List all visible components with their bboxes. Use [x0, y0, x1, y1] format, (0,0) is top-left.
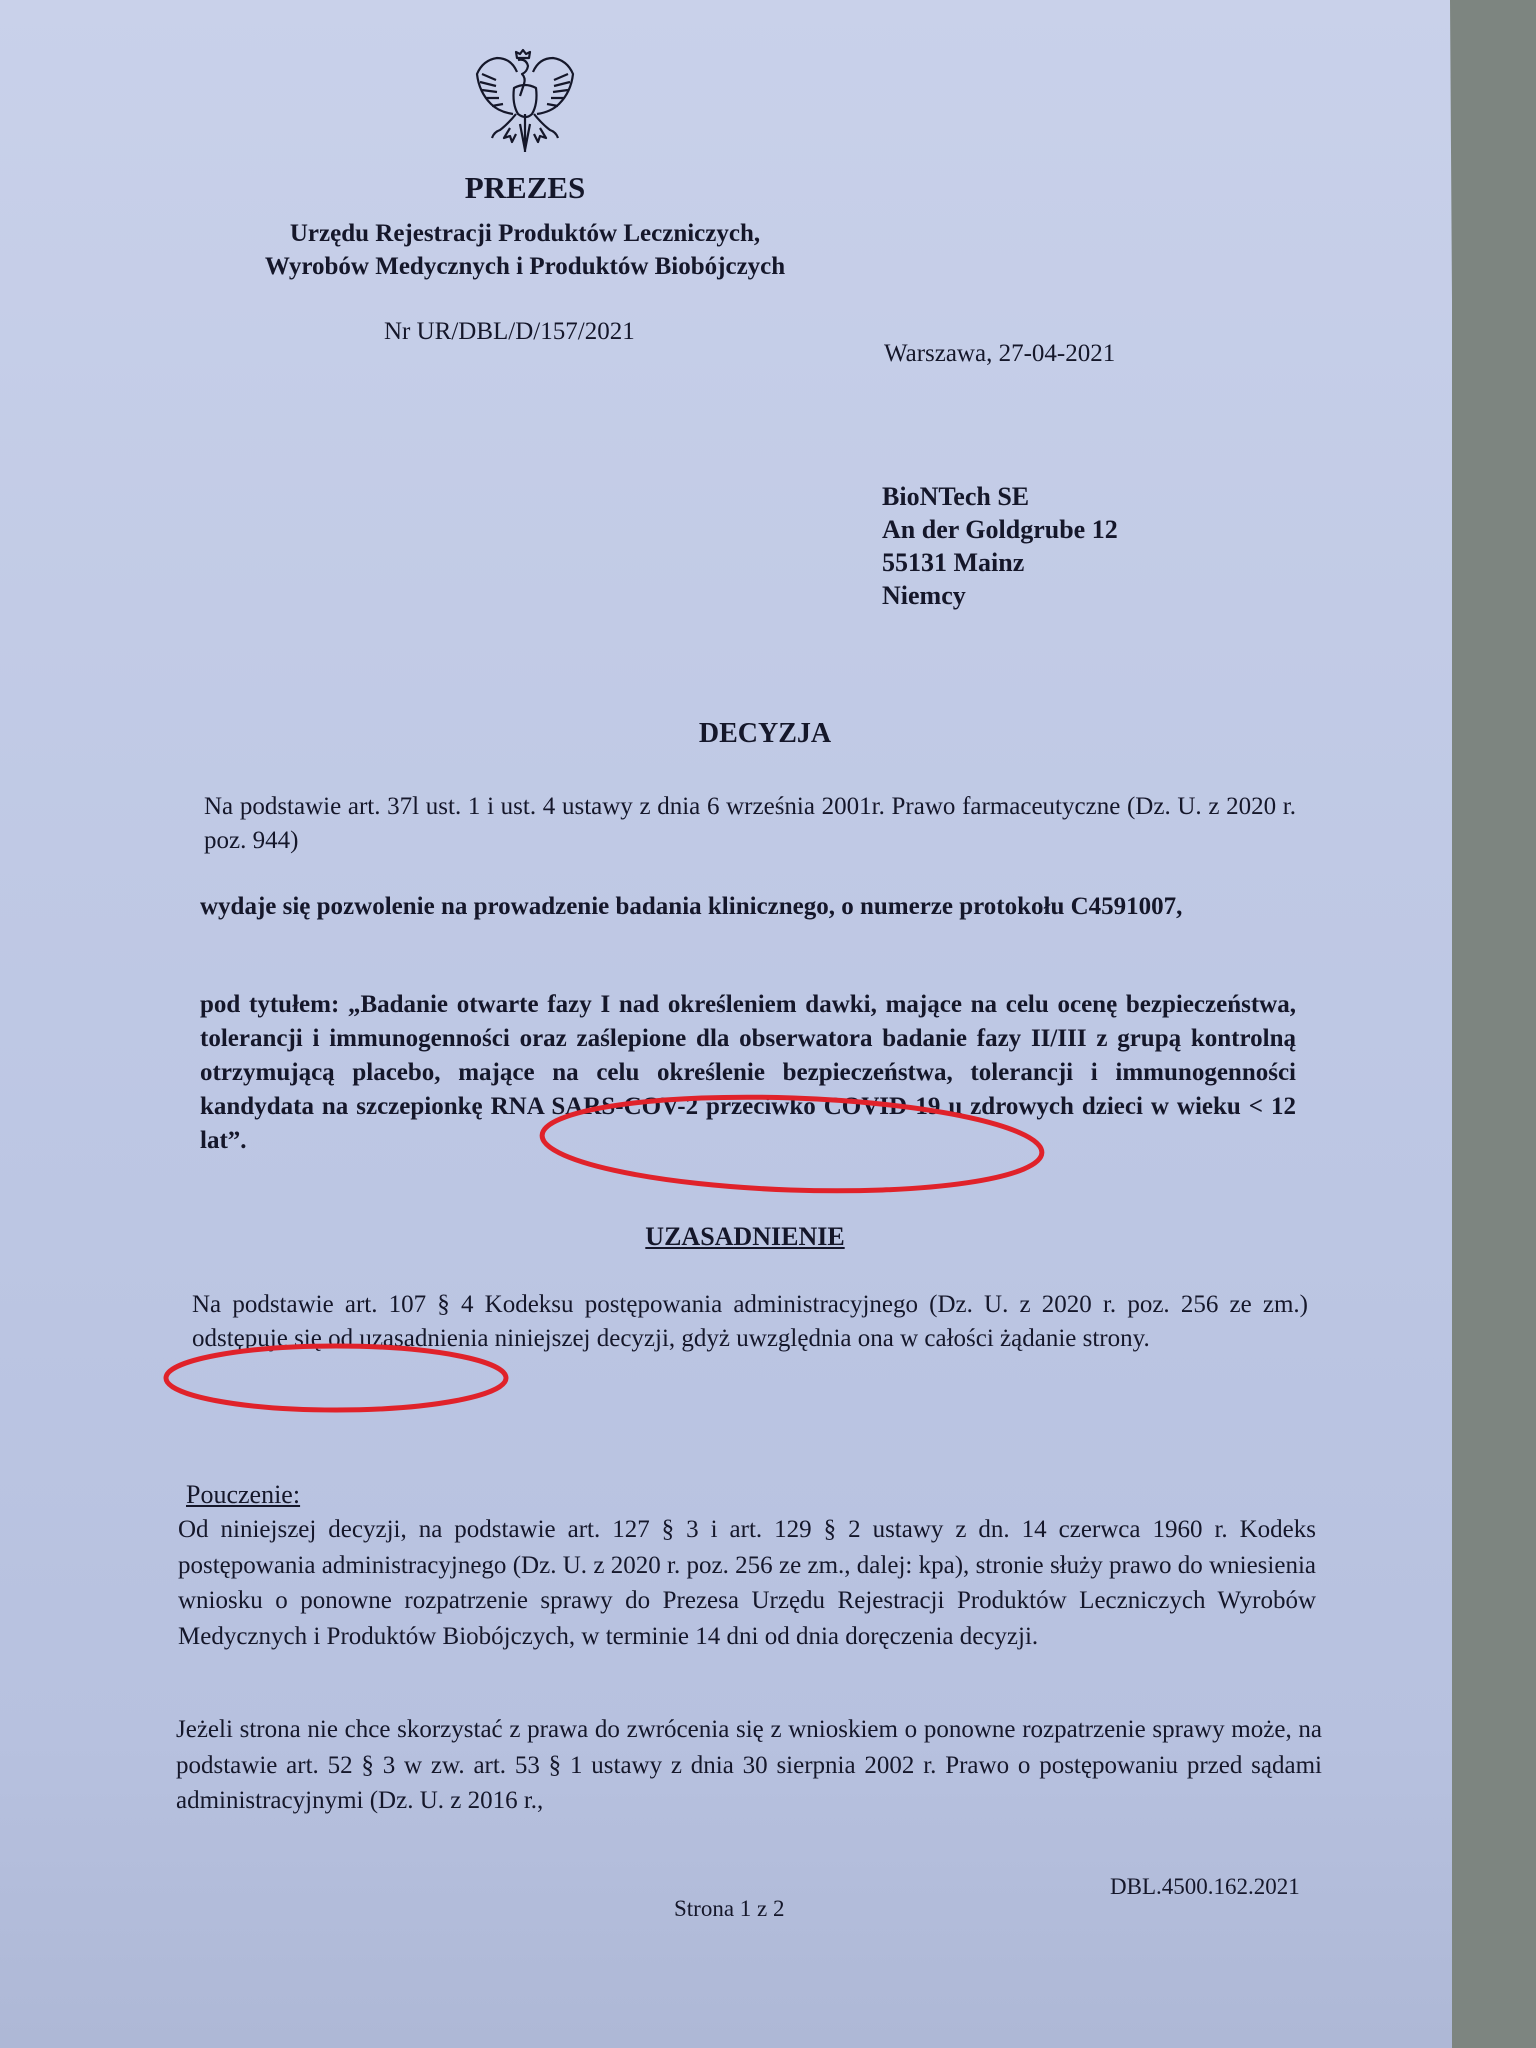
instruction-paragraph-1: Od niniejszej decyzji, na podstawie art.… — [178, 1512, 1316, 1654]
polish-eagle-emblem-icon — [470, 48, 580, 158]
place-and-date: Warszawa, 27-04-2021 — [884, 340, 1115, 368]
issuer-title: PREZES — [0, 170, 1050, 206]
issuer-office-line-1: Urzędu Rejestracji Produktów Leczniczych… — [0, 220, 1050, 248]
legal-basis-paragraph: Na podstawie art. 37l ust. 1 i ust. 4 us… — [204, 790, 1296, 858]
issuer-office-line-2: Wyrobów Medycznych i Produktów Biobójczy… — [0, 253, 1050, 281]
grant-paragraph: wydaje się pozwolenie na prowadzenie bad… — [200, 890, 1296, 924]
footer-reference: DBL.4500.162.2021 — [1110, 1874, 1300, 1900]
justification-heading: UZASADNIENIE — [0, 1222, 1490, 1252]
justification-paragraph: Na podstawie art. 107 § 4 Kodeksu postęp… — [192, 1288, 1308, 1356]
recipient-name: BioNTech SE — [882, 480, 1029, 513]
decision-heading: DECYZJA — [0, 718, 1530, 750]
recipient-street: An der Goldgrube 12 — [882, 513, 1118, 546]
instruction-heading: Pouczenie: — [186, 1480, 300, 1510]
trial-title-paragraph: pod tytułem: „Badanie otwarte fazy I nad… — [200, 988, 1296, 1158]
document-number: Nr UR/DBL/D/157/2021 — [384, 318, 635, 346]
footer-page-number: Strona 1 z 2 — [674, 1896, 785, 1922]
document-page: PREZES Urzędu Rejestracji Produktów Lecz… — [0, 0, 1452, 2048]
recipient-city: 55131 Mainz — [882, 546, 1024, 579]
instruction-paragraph-2: Jeżeli strona nie chce skorzystać z praw… — [176, 1712, 1322, 1819]
recipient-country: Niemcy — [882, 579, 966, 612]
